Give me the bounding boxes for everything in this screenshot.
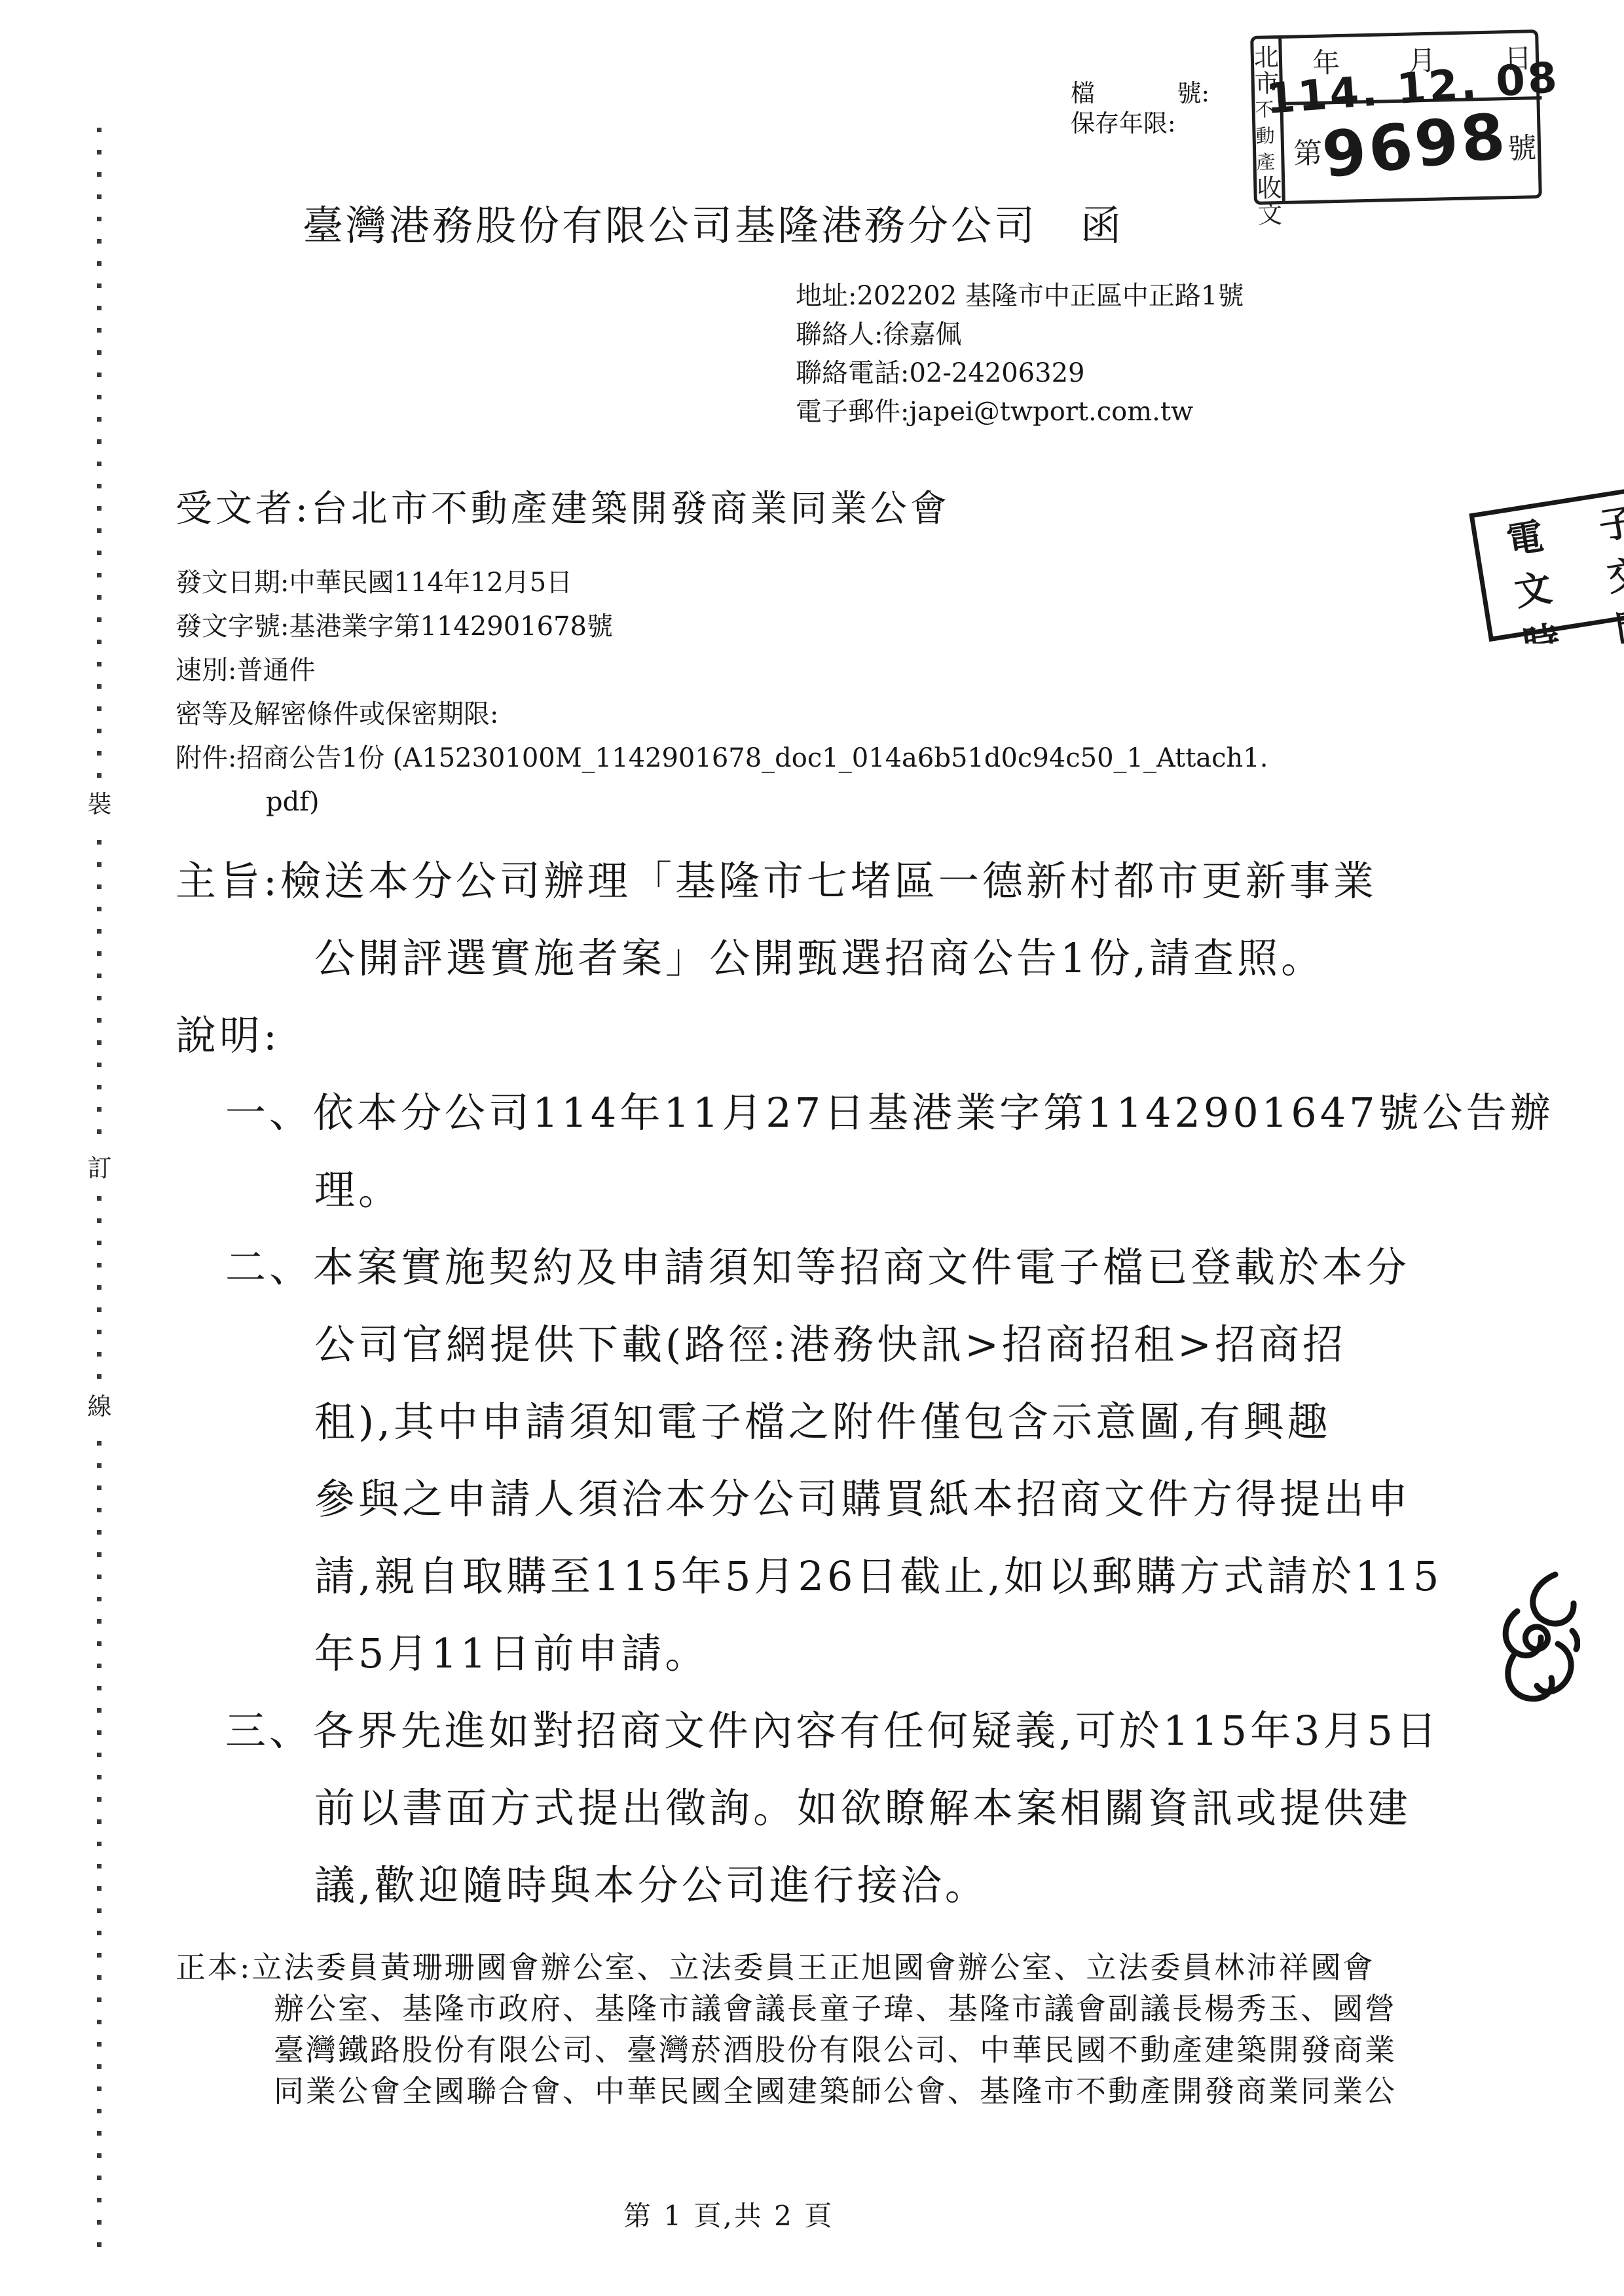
contact-email: 電子郵件:japei@twport.com.tw [796,393,1244,431]
item-1-line: 一、依本分公司114年11月27日基港業字第1142901647號公告辦 [225,1074,1554,1152]
item-2-line: 二、本案實施契約及申請須知等招商文件電子檔已登載於本分 [225,1229,1554,1306]
contact-person: 聯絡人:徐嘉佩 [796,316,1244,354]
number-suffix: 號 [1507,124,1537,167]
exchange-char: 間 [1612,596,1624,644]
attachment-line-wrap: pdf) [266,780,1268,824]
exchange-char: 子 [1595,493,1624,551]
contact-address: 地址:202202 基隆市中正區中正路1號 [796,277,1244,316]
binding-mark-zhuang: 裝 [84,786,115,824]
contact-phone: 聯絡電話:02-24206329 [796,354,1244,393]
flower-ink-mark [1495,1567,1580,1704]
document-title: 臺灣港務股份有限公司基隆港務分公司 函 [303,193,1124,251]
issue-date-line: 發文日期:中華民國114年12月5日 [175,561,1268,605]
number-prefix: 第 [1293,130,1322,172]
copies-line: 正本:立法委員黃珊珊國會辦公室、立法委員王正旭國會辦公室、立法委員林沛祥國會 [175,1947,1397,1988]
electronic-exchange-stamp-box: 電 子 文 交 時 間 [1469,483,1624,642]
item-2-line-cont: 公司官網提供下載(路徑:港務快訊>招商招租>招商招 [314,1306,1554,1383]
item-2-line-cont: 參與之申請人須洽本分公司購買紙本招商文件方得提出申 [314,1461,1554,1538]
subject-line: 主旨:檢送本分公司辦理「基隆市七堵區一德新村都市更新事業 [175,843,1554,920]
binding-dotted-line [97,128,101,2249]
copies-line: 同業公會全國聯合會、中華民國全國建築師公會、基隆市不動產開發商業同業公 [274,2071,1397,2112]
item-3-line-cont: 議,歡迎隨時與本分公司進行接洽。 [314,1847,1554,1924]
flower-ink-mark-drawing [1495,1567,1580,1704]
subject-line-cont: 公開評選實施者案」公開甄選招商公告1份,請查照。 [314,920,1554,997]
receipt-org-bottom: 收文 [1257,175,1283,228]
item-2-line-cont: 租),其中申請須知電子檔之附件僅包含示意圖,有興趣 [314,1383,1554,1461]
letter-body: 主旨:檢送本分公司辦理「基隆市七堵區一德新村都市更新事業 公開評選實施者案」公開… [175,843,1554,1924]
copies-block: 正本:立法委員黃珊珊國會辦公室、立法委員王正旭國會辦公室、立法委員林沛祥國會 辦… [175,1947,1397,2112]
exchange-char: 文 [1511,559,1555,617]
issue-number-line: 發文字號:基港業字第1142901678號 [175,605,1268,649]
scanned-official-letter-page: 裝 訂 線 檔 號: 保存年限: 北市 不動產 收文 年 月 日 114. 12… [0,0,1624,2296]
copies-line: 辦公室、基隆市政府、基隆市議會議長童子瑋、基隆市議會副議長楊秀玉、國營 [274,1988,1397,2030]
binding-mark-ding: 訂 [84,1150,115,1188]
item-2-line-cont: 請,親自取購至115年5月26日截止,如以郵購方式請於115 [314,1538,1554,1615]
receipt-stamp-box: 北市 不動產 收文 年 月 日 114. 12. 08 第 9698 號 [1250,29,1542,205]
meta-block: 發文日期:中華民國114年12月5日 發文字號:基港業字第1142901678號… [175,561,1268,824]
recipient-line: 受文者:台北市不動產建築開發商業同業公會 [175,480,950,532]
item-3-line: 三、各界先進如對招商文件內容有任何疑義,可於115年3月5日 [225,1692,1554,1770]
exchange-char: 時 [1519,611,1563,644]
contact-block: 地址:202202 基隆市中正區中正路1號 聯絡人:徐嘉佩 聯絡電話:02-24… [796,277,1244,431]
retention-label: 保存年限: [1071,109,1209,139]
page-number-footer: 第 1 頁,共 2 頁 [623,2195,834,2234]
binding-mark-xian: 線 [84,1388,115,1426]
item-2-line-cont: 年5月11日前申請。 [314,1615,1554,1692]
speed-class-line: 速別:普通件 [175,649,1268,693]
copies-line: 臺灣鐵路股份有限公司、臺灣菸酒股份有限公司、中華民國不動產建築開發商業 [274,2030,1397,2071]
file-number-label: 檔 號: [1071,79,1209,109]
attachment-line: 附件:招商公告1份 (A15230100M_1142901678_doc1_01… [175,737,1268,780]
receipt-stamp-right: 年 月 日 114. 12. 08 第 9698 號 [1282,33,1544,201]
explanation-heading: 說明: [175,997,1554,1074]
exchange-char: 電 [1502,507,1547,565]
security-class-line: 密等及解密條件或保密期限: [175,693,1268,737]
archival-labels: 檔 號: 保存年限: [1071,79,1209,139]
item-3-line-cont: 前以書面方式提出徵詢。如欲瞭解本案相關資訊或提供建 [314,1770,1554,1847]
electronic-exchange-stamp: 電 子 文 交 時 間 [1469,483,1624,644]
receipt-stamp: 北市 不動產 收文 年 月 日 114. 12. 08 第 9698 號 [1252,33,1540,202]
exchange-char: 交 [1603,545,1624,602]
item-1-line-cont: 理。 [314,1152,1554,1229]
